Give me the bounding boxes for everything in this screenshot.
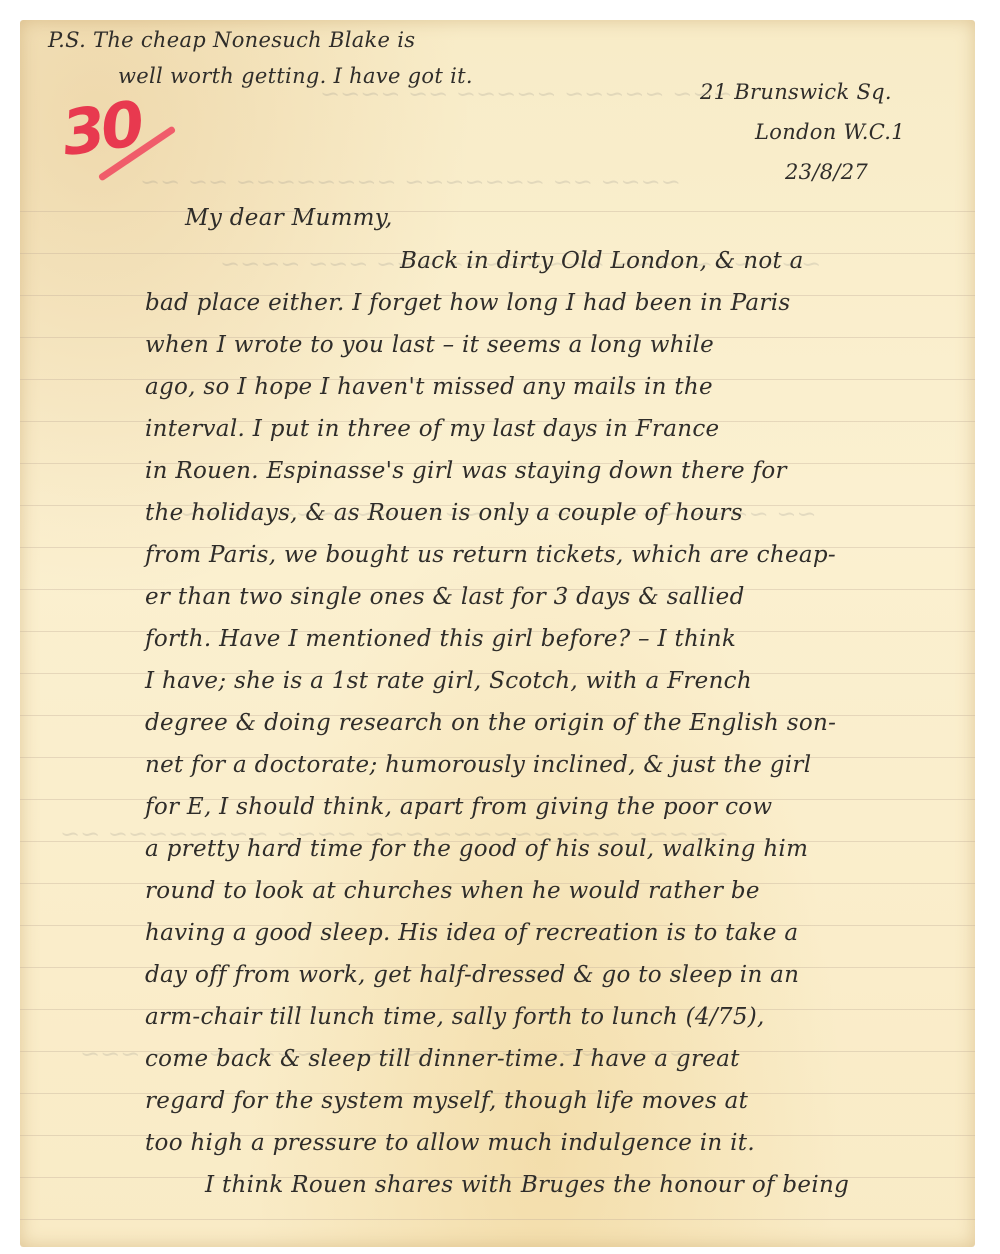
body-line: from Paris, we bought us return tickets,… <box>145 542 836 568</box>
body-line: day off from work, get half-dressed & go… <box>145 962 799 988</box>
body-line: forth. Have I mentioned this girl before… <box>145 626 736 652</box>
body-line: I think Rouen shares with Bruges the hon… <box>205 1172 849 1198</box>
body-line: Back in dirty Old London, & not a <box>400 248 804 274</box>
body-line: bad place either. I forget how long I ha… <box>145 290 790 316</box>
body-line: having a good sleep. His idea of recreat… <box>145 920 798 946</box>
address-line-2: London W.C.1 <box>755 120 905 144</box>
body-line: I have; she is a 1st rate girl, Scotch, … <box>145 668 752 694</box>
body-line: regard for the system myself, though lif… <box>145 1088 748 1114</box>
body-line: the holidays, & as Rouen is only a coupl… <box>145 500 743 526</box>
salutation: My dear Mummy, <box>185 205 393 231</box>
body-line: er than two single ones & last for 3 day… <box>145 584 745 610</box>
body-line: too high a pressure to allow much indulg… <box>145 1130 755 1156</box>
postscript-line-2: well worth getting. I have got it. <box>118 64 473 88</box>
letter-date: 23/8/27 <box>785 160 868 184</box>
body-line: round to look at churches when he would … <box>145 878 760 904</box>
body-line: net for a doctorate; humorously inclined… <box>145 752 811 778</box>
body-line: degree & doing research on the origin of… <box>145 710 836 736</box>
body-line: arm-chair till lunch time, sally forth t… <box>145 1004 765 1030</box>
body-line: a pretty hard time for the good of his s… <box>145 836 808 862</box>
address-line-1: 21 Brunswick Sq. <box>700 80 892 104</box>
bleed-through-text: ~~~~ ~~ ~~~~~~~ ~~~~~~~~ ~~ ~~ <box>140 168 681 196</box>
body-line: in Rouen. Espinasse's girl was staying d… <box>145 458 787 484</box>
postscript-line-1: P.S. The cheap Nonesuch Blake is <box>48 28 415 52</box>
body-line: interval. I put in three of my last days… <box>145 416 719 442</box>
body-line: when I wrote to you last – it seems a lo… <box>145 332 714 358</box>
body-line: ago, so I hope I haven't missed any mail… <box>145 374 713 400</box>
body-line: for E, I should think, apart from giving… <box>145 794 772 820</box>
body-line: come back & sleep till dinner-time. I ha… <box>145 1046 740 1072</box>
